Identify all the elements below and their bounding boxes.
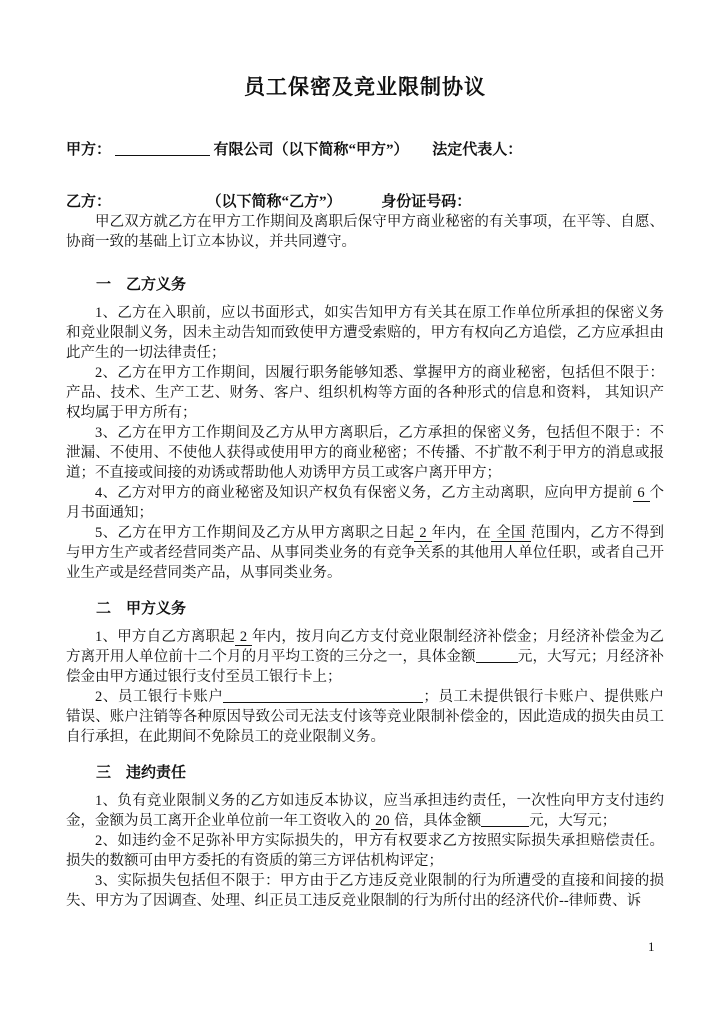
section-3-paragraph-2: 2、如违约金不足弥补甲方实际损失的，甲方有权要求乙方按照实际损失承担赔偿责任。损… <box>66 831 664 871</box>
section-1-heading: 一 乙方义务 <box>66 275 664 295</box>
section-3-paragraph-3: 3、实际损失包括但不限于：甲方由于乙方违反竞业限制的行为所遭受的直接和间接的损失… <box>66 871 664 911</box>
filled-blank-years: 2 <box>414 525 431 542</box>
paragraph-text: 倍，具体金额 <box>394 813 481 829</box>
party-a-label: 甲方： <box>66 142 111 158</box>
paragraph-text: 5、乙方在甲方工作期间及乙方从甲方离职之日起 <box>95 525 414 541</box>
page-number: 1 <box>648 938 655 956</box>
section-1-paragraph-4: 4、乙方对甲方的商业秘密及知识产权负有保密义务，乙方主动离职，应向甲方提前 6 … <box>66 483 664 523</box>
section-2-paragraph-1: 1、甲方自乙方离职起 2 年内，按月向乙方支付竞业限制经济补偿金；月经济补偿金为… <box>66 627 664 687</box>
filled-blank-scope: 全国 <box>491 525 531 542</box>
party-b-name-space <box>115 205 203 206</box>
party-b-line: 乙方： （以下简称“乙方”） 身份证号码： <box>66 192 664 212</box>
intro-paragraph: 甲乙双方就乙方在甲方工作期间及离职后保守甲方商业秘密的有关事项，在平等、自愿、协… <box>66 212 664 252</box>
section-1-paragraph-3: 3、乙方在甲方工作期间及乙方从甲方离职后，乙方承担的保密义务，包括但不限于：不泄… <box>66 423 664 483</box>
section-1-paragraph-2: 2、乙方在甲方工作期间，因履行职务能够知悉、掌握甲方的商业秘密，包括但不限于：产… <box>66 363 664 423</box>
section-2-paragraph-2: 2、员工银行卡账户；员工未提供银行卡账户、提供账户错误、账户注销等各种原因导致公… <box>66 687 664 747</box>
party-b-suffix: （以下简称“乙方”） <box>207 194 342 210</box>
filled-blank-compensation-years: 2 <box>235 629 252 646</box>
filled-blank-notice-months: 6 <box>633 485 650 502</box>
paragraph-text: 1、甲方自乙方离职起 <box>95 629 235 645</box>
amount-blank <box>476 647 518 663</box>
document-page: 员工保密及竞业限制协议 甲方： 有限公司（以下简称“甲方”） 法定代表人： 乙方… <box>0 0 721 1020</box>
party-b-label: 乙方： <box>66 194 111 210</box>
party-a-name-blank <box>115 140 210 156</box>
paragraph-text: 元，大写元； <box>529 813 616 829</box>
section-3-paragraph-1: 1、负有竞业限制义务的乙方如违反本协议，应当承担违约责任，一次性向甲方支付违约金… <box>66 791 664 831</box>
section-3-heading: 三 违约责任 <box>66 763 664 783</box>
paragraph-text: 4、乙方对甲方的商业秘密及知识产权负有保密义务，乙方主动离职，应向甲方提前 <box>95 485 633 501</box>
filled-blank-penalty-multiple: 20 <box>371 813 395 830</box>
document-title: 员工保密及竞业限制协议 <box>66 74 664 102</box>
paragraph-text: 2、员工银行卡账户 <box>95 689 223 705</box>
bank-account-blank <box>223 687 423 703</box>
paragraph-text: 年内，在 <box>432 525 491 541</box>
section-1-paragraph-1: 1、乙方在入职前，应以书面形式，如实告知甲方有关其在原工作单位所承担的保密义务和… <box>66 303 664 363</box>
party-a-suffix: 有限公司（以下简称“甲方”） <box>214 142 409 158</box>
party-a-rep-label: 法定代表人： <box>432 142 522 158</box>
party-a-line: 甲方： 有限公司（以下简称“甲方”） 法定代表人： <box>66 140 664 160</box>
section-2-heading: 二 甲方义务 <box>66 599 664 619</box>
section-1-paragraph-5: 5、乙方在甲方工作期间及乙方从甲方离职之日起 2 年内，在 全国 范围内，乙方不… <box>66 523 664 583</box>
penalty-amount-blank <box>481 811 529 827</box>
party-b-id-label: 身份证号码： <box>381 194 471 210</box>
